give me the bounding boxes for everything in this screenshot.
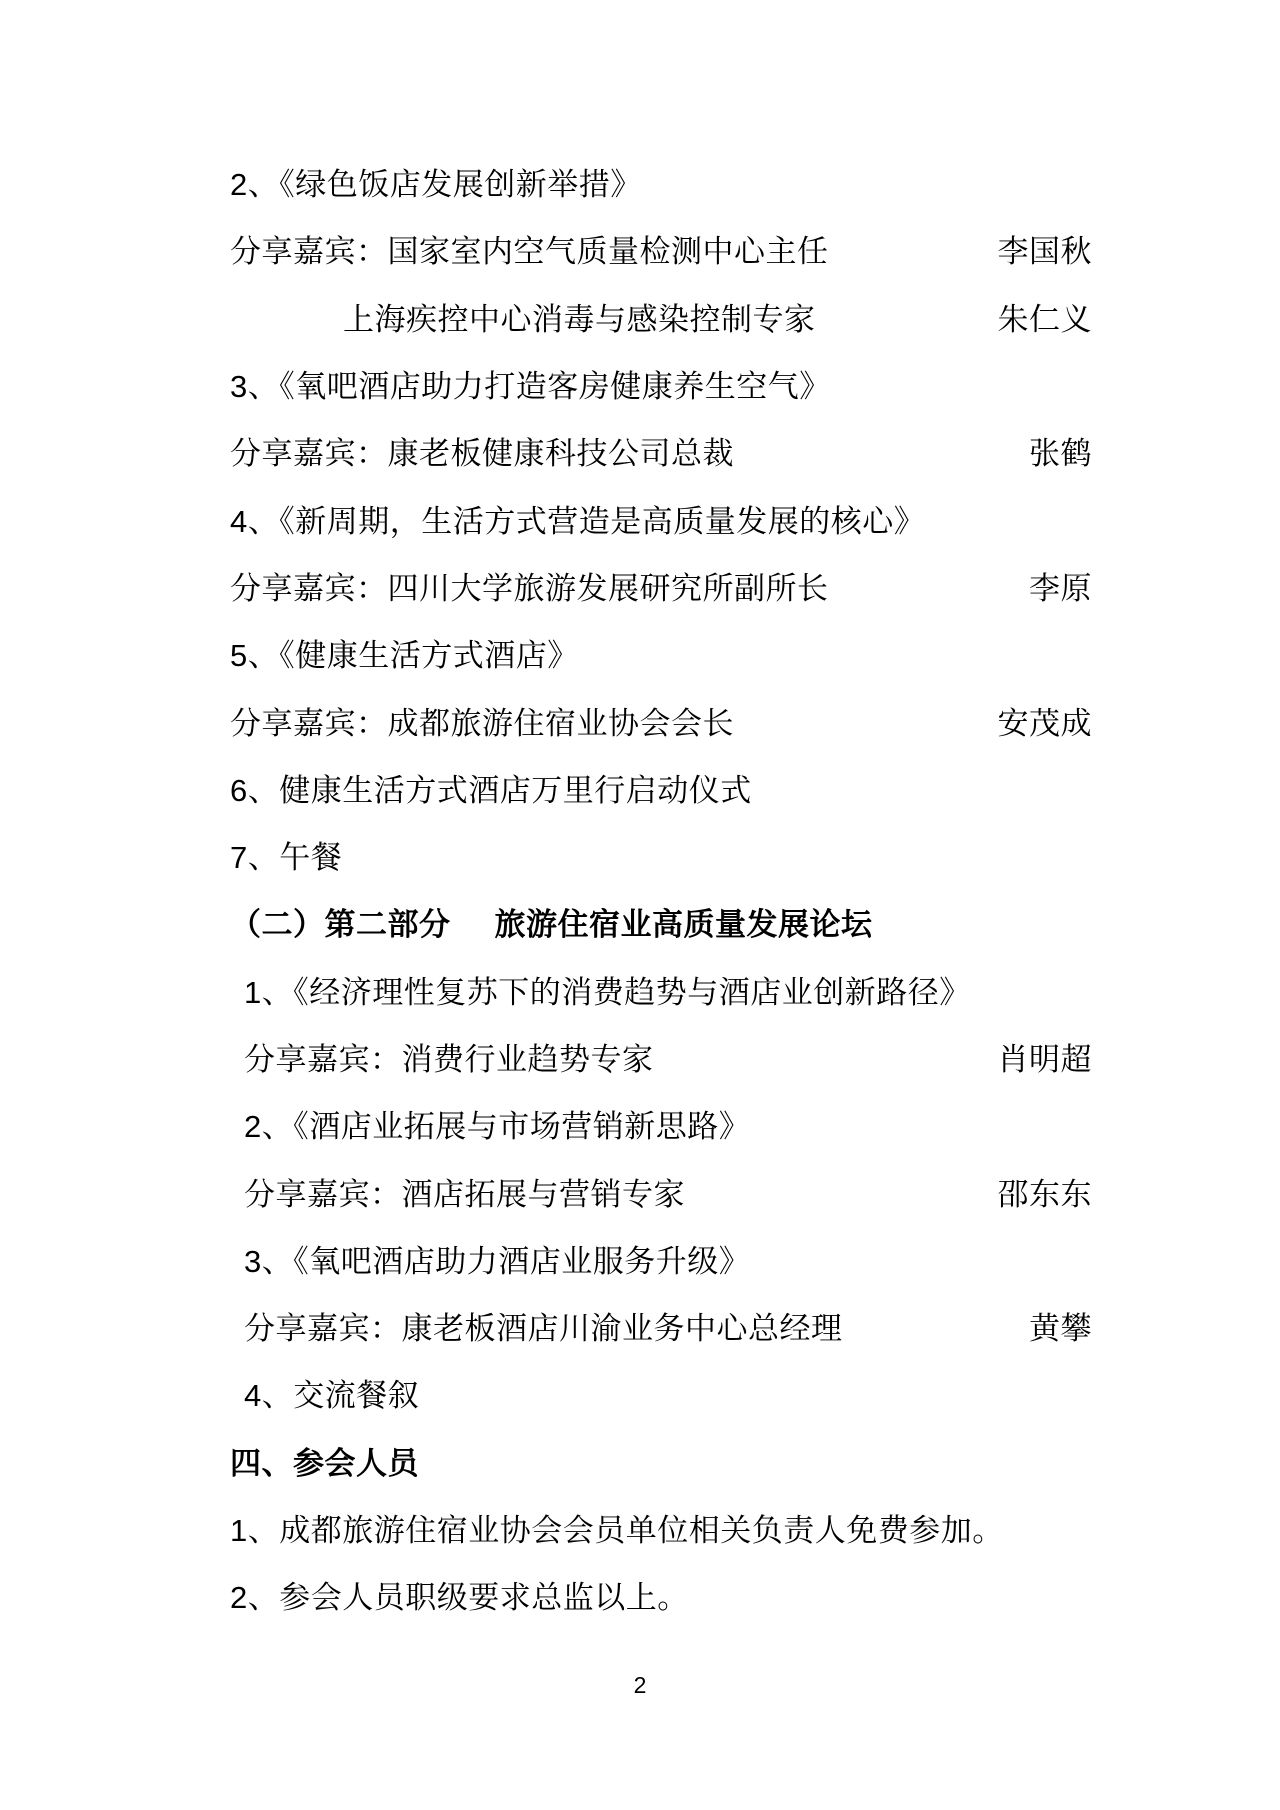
guest-line: 分享嘉宾：康老板酒店川渝业务中心总经理 黄攀: [230, 1295, 1092, 1362]
agenda-item-3: 3、《氧吧酒店助力打造客房健康养生空气》: [230, 353, 1092, 420]
guest-line: 分享嘉宾：消费行业趋势专家 肖明超: [230, 1026, 1092, 1093]
document-page: 2、《绿色饭店发展创新举措》 分享嘉宾：国家室内空气质量检测中心主任 李国秋 上…: [0, 0, 1280, 1810]
agenda-item-7: 7、午餐: [230, 824, 1092, 891]
page-number: 2: [0, 1672, 1280, 1699]
agenda-item-6: 6、健康生活方式酒店万里行启动仪式: [230, 757, 1092, 824]
agenda-item-text: 2、《绿色饭店发展创新举措》: [230, 169, 642, 200]
guest-name: 张鹤: [1029, 438, 1092, 469]
document-body: 2、《绿色饭店发展创新举措》 分享嘉宾：国家室内空气质量检测中心主任 李国秋 上…: [230, 151, 1092, 1632]
guest-label: 分享嘉宾：酒店拓展与营销专家: [244, 1179, 685, 1210]
guest-label: 分享嘉宾：消费行业趋势专家: [244, 1044, 654, 1075]
guest-line: 分享嘉宾：康老板健康科技公司总裁 张鹤: [230, 420, 1092, 487]
agenda-item-2: 2、《绿色饭店发展创新举措》: [230, 151, 1092, 218]
guest-name: 邵东东: [998, 1179, 1093, 1210]
section-heading-text: 四、参会人员: [230, 1448, 419, 1479]
agenda-item-text: 5、《健康生活方式酒店》: [230, 640, 579, 671]
agenda-item-text: 6、健康生活方式酒店万里行启动仪式: [230, 775, 752, 806]
guest-name: 李原: [1029, 573, 1092, 604]
guest-label: 分享嘉宾：康老板酒店川渝业务中心总经理: [244, 1313, 843, 1344]
agenda-item-text: 7、午餐: [230, 842, 342, 873]
section-heading-part2: （二）第二部分 旅游住宿业高质量发展论坛: [230, 891, 1092, 958]
section-heading-participants: 四、参会人员: [230, 1430, 1092, 1497]
agenda-item-text: 3、《氧吧酒店助力打造客房健康养生空气》: [230, 371, 831, 402]
participants-item-2: 2、参会人员职级要求总监以上。: [230, 1564, 1092, 1631]
guest-name: 安茂成: [998, 708, 1093, 739]
guest-label: 分享嘉宾：四川大学旅游发展研究所副所长: [230, 573, 829, 604]
agenda-item-text: 4、《新周期，生活方式营造是高质量发展的核心》: [230, 506, 925, 537]
guest-label: 分享嘉宾：成都旅游住宿业协会会长: [230, 708, 734, 739]
guest-line: 分享嘉宾：国家室内空气质量检测中心主任 李国秋: [230, 218, 1092, 285]
agenda-item-4: 4、《新周期，生活方式营造是高质量发展的核心》: [230, 487, 1092, 554]
guest-line: 分享嘉宾：四川大学旅游发展研究所副所长 李原: [230, 555, 1092, 622]
agenda-item-5: 5、《健康生活方式酒店》: [230, 622, 1092, 689]
section-heading-number: （二）第二部分: [230, 909, 451, 940]
agenda-item-text: 3、《氧吧酒店助力酒店业服务升级》: [244, 1246, 750, 1277]
guest-line: 分享嘉宾：酒店拓展与营销专家 邵东东: [230, 1160, 1092, 1227]
guest-line: 分享嘉宾：成都旅游住宿业协会会长 安茂成: [230, 689, 1092, 756]
agenda-item-p2-1: 1、《经济理性复苏下的消费趋势与酒店业创新路径》: [230, 959, 1092, 1026]
guest-name: 肖明超: [998, 1044, 1093, 1075]
guest-name: 李国秋: [998, 236, 1093, 267]
agenda-item-text: 2、《酒店业拓展与市场营销新思路》: [244, 1111, 750, 1142]
agenda-item-text: 4、交流餐叙: [244, 1380, 419, 1411]
agenda-item-p2-2: 2、《酒店业拓展与市场营销新思路》: [230, 1093, 1092, 1160]
agenda-item-p2-4: 4、交流餐叙: [230, 1362, 1092, 1429]
guest-name: 黄攀: [1029, 1313, 1092, 1344]
section-heading-title: 旅游住宿业高质量发展论坛: [495, 909, 873, 940]
participants-item-text: 2、参会人员职级要求总监以上。: [230, 1582, 689, 1613]
participants-item-text: 1、成都旅游住宿业协会会员单位相关负责人免费参加。: [230, 1515, 1004, 1546]
guest-name: 朱仁义: [998, 304, 1093, 335]
agenda-item-text: 1、《经济理性复苏下的消费趋势与酒店业创新路径》: [244, 977, 971, 1008]
guest-label: 上海疾控中心消毒与感染控制专家: [343, 304, 816, 335]
agenda-item-p2-3: 3、《氧吧酒店助力酒店业服务升级》: [230, 1228, 1092, 1295]
participants-item-1: 1、成都旅游住宿业协会会员单位相关负责人免费参加。: [230, 1497, 1092, 1564]
guest-label: 分享嘉宾：康老板健康科技公司总裁: [230, 438, 734, 469]
guest-label: 分享嘉宾：国家室内空气质量检测中心主任: [230, 236, 829, 267]
guest-continuation-line: 上海疾控中心消毒与感染控制专家 朱仁义: [230, 286, 1092, 353]
